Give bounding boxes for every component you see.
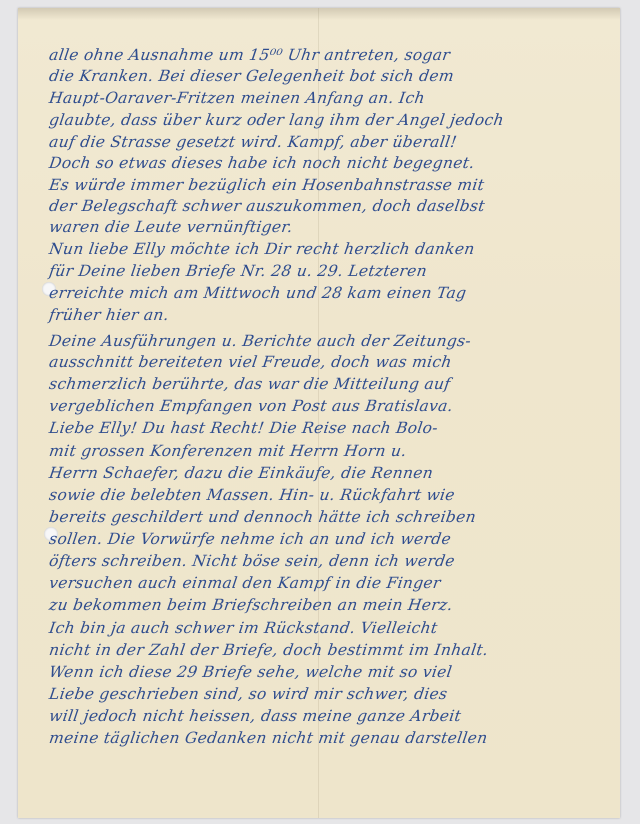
text-line: alle ohne Ausnahme um 15⁰⁰ Uhr antreten,…: [48, 46, 451, 64]
text-line: will jedoch nicht heissen, dass meine ga…: [48, 707, 462, 725]
text-line: öfters schreiben. Nicht böse sein, denn …: [48, 552, 456, 570]
text-line: zu bekommen beim Briefschreiben an mein …: [48, 596, 454, 614]
text-line: meine täglichen Gedanken nicht mit genau…: [48, 729, 489, 747]
text-line: bereits geschildert und dennoch hätte ic…: [48, 508, 477, 526]
text-line: nicht in der Zahl der Briefe, doch besti…: [48, 641, 489, 659]
text-line: Herrn Schaefer, dazu die Einkäufe, die R…: [48, 464, 434, 482]
text-line: waren die Leute vernünftiger.: [48, 218, 294, 236]
text-line: für Deine lieben Briefe Nr. 28 u. 29. Le…: [48, 262, 428, 280]
text-line: mit grossen Konferenzen mit Herrn Horn u…: [48, 442, 408, 460]
text-line: erreichte mich am Mittwoch und 28 kam ei…: [48, 284, 468, 302]
text-line: Haupt-Oaraver-Fritzen meinen Anfang an. …: [48, 89, 426, 107]
text-line: auf die Strasse gesetzt wird. Kampf, abe…: [48, 133, 458, 151]
text-line: glaubte, dass über kurz oder lang ihm de…: [48, 111, 505, 129]
text-line: der Belegschaft schwer auszukommen, doch…: [48, 197, 486, 215]
text-line: versuchen auch einmal den Kampf in die F…: [48, 574, 442, 592]
text-line: sollen. Die Vorwürfe nehme ich an und ic…: [48, 530, 452, 548]
text-line: Wenn ich diese 29 Briefe sehe, welche mi…: [48, 663, 453, 681]
letter-page: alle ohne Ausnahme um 15⁰⁰ Uhr antreten,…: [18, 8, 620, 818]
text-line: vergeblichen Empfangen von Post aus Brat…: [48, 397, 454, 415]
text-line: Liebe geschrieben sind, so wird mir schw…: [48, 685, 449, 703]
text-line: schmerzlich berührte, das war die Mittei…: [48, 375, 452, 393]
text-line: Liebe Elly! Du hast Recht! Die Reise nac…: [48, 419, 439, 437]
text-line: Ich bin ja auch schwer im Rückstand. Vie…: [48, 619, 439, 637]
text-line: Deine Ausführungen u. Berichte auch der …: [48, 332, 472, 350]
text-line: die Kranken. Bei dieser Gelegenheit bot …: [48, 67, 455, 85]
text-line: Es würde immer bezüglich ein Hosenbahnst…: [48, 176, 485, 194]
text-line: Doch so etwas dieses habe ich noch nicht…: [48, 154, 476, 172]
text-line: ausschnitt bereiteten viel Freude, doch …: [48, 353, 453, 371]
text-line: Nun liebe Elly möchte ich Dir recht herz…: [48, 240, 476, 258]
text-line: früher hier an.: [48, 306, 170, 324]
text-line: sowie die belebten Massen. Hin- u. Rückf…: [48, 486, 456, 504]
